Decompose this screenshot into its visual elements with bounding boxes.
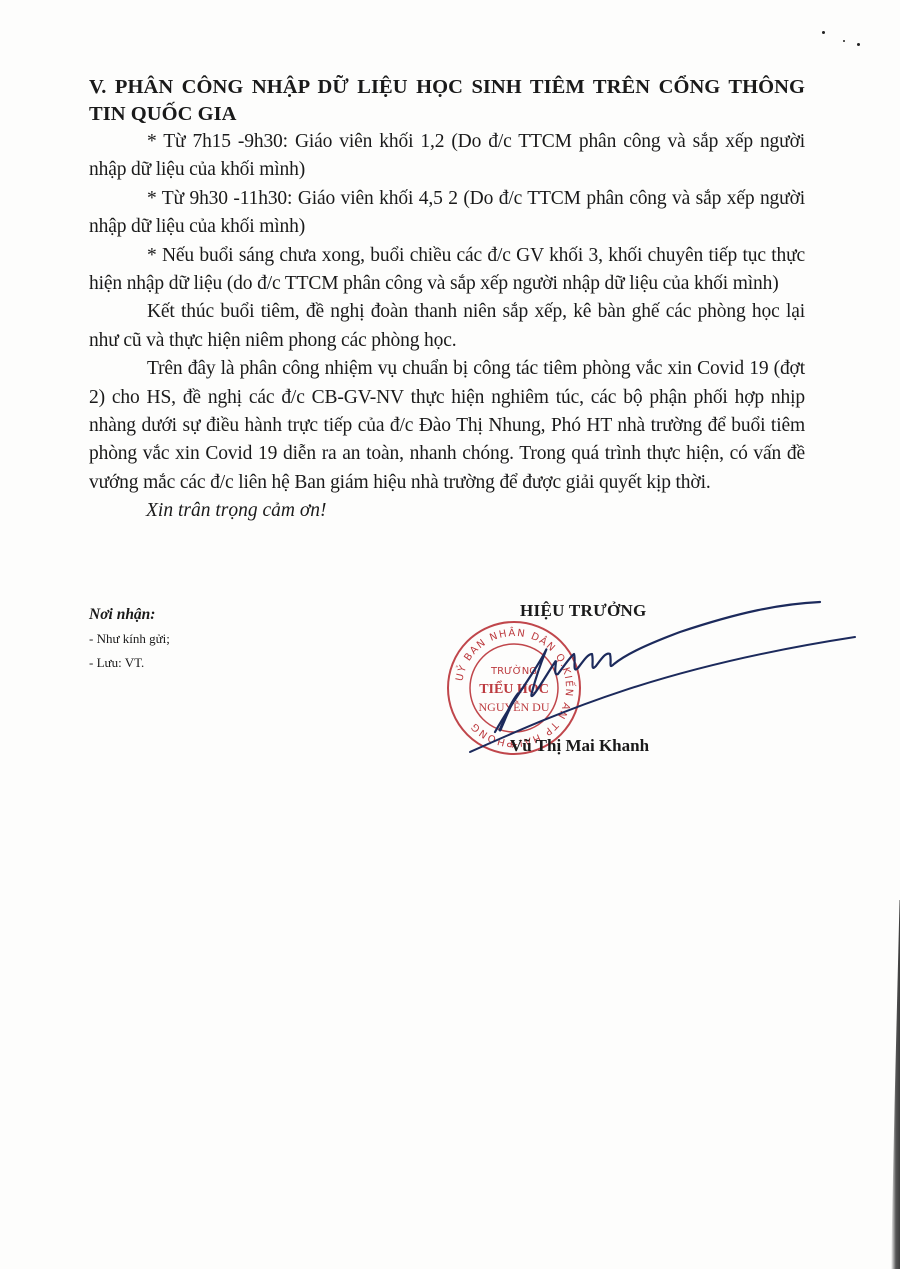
recipient-item: - Lưu: VT. <box>89 651 389 675</box>
paragraph-conclusion: Trên đây là phân công nhiệm vụ chuẩn bị … <box>89 355 805 497</box>
document-body: V. PHÂN CÔNG NHẬP DỮ LIỆU HỌC SINH TIÊM … <box>89 74 805 525</box>
scan-speck <box>822 31 825 34</box>
recipients-block: Nơi nhận: - Như kính gửi; - Lưu: VT. <box>89 603 389 675</box>
paragraph-data-entry-morning-1: * Từ 7h15 -9h30: Giáo viên khối 1,2 (Do … <box>89 128 805 185</box>
section-heading: V. PHÂN CÔNG NHẬP DỮ LIỆU HỌC SINH TIÊM … <box>89 74 805 128</box>
paragraph-cleanup: Kết thúc buổi tiêm, đề nghị đoàn thanh n… <box>89 298 805 355</box>
paragraph-data-entry-morning-2: * Từ 9h30 -11h30: Giáo viên khối 4,5 2 (… <box>89 185 805 242</box>
recipient-item: - Như kính gửi; <box>89 627 389 651</box>
scanned-document-page: V. PHÂN CÔNG NHẬP DỮ LIỆU HỌC SINH TIÊM … <box>0 0 900 1269</box>
scanner-edge-shadow <box>891 900 900 1269</box>
handwritten-signature <box>440 582 860 772</box>
paragraph-data-entry-afternoon: * Nếu buổi sáng chưa xong, buổi chiều cá… <box>89 242 805 299</box>
signature-block: HIỆU TRƯỞNG UỶ BAN NHÂN DÂN Q.KIẾN AN TP… <box>470 596 830 776</box>
scan-speck <box>857 43 860 46</box>
recipients-label: Nơi nhận: <box>89 603 389 627</box>
closing-thanks: Xin trân trọng cảm ơn! <box>89 497 805 525</box>
scan-speck <box>843 40 845 42</box>
